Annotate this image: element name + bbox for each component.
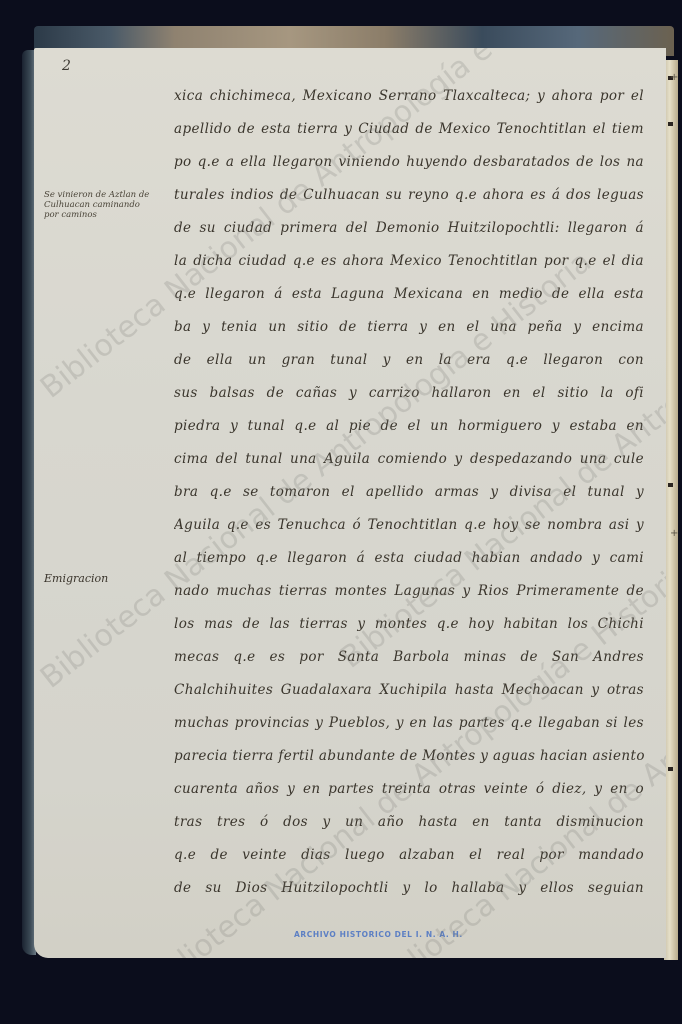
text-line: q.e llegaron á esta Laguna Mexicana en m… <box>174 286 644 302</box>
edge-mark <box>668 122 673 126</box>
text-line: al tiempo q.e llegaron á esta ciudad hab… <box>174 550 644 566</box>
text-line: po q.e a ella llegaron viniendo huyendo … <box>174 154 644 170</box>
margin-note: Se vinieron de Aztlan de Culhuacan camin… <box>44 190 154 220</box>
text-line: la dicha ciudad q.e es ahora Mexico Teno… <box>174 253 644 269</box>
text-line: sus balsas de cañas y carrizo hallaron e… <box>174 385 644 401</box>
text-line: piedra y tunal q.e al pie de el un hormi… <box>174 418 644 434</box>
text-line: de su Dios Huitzilopochtli y lo hallaba … <box>174 880 644 896</box>
page-right-edge <box>664 60 678 960</box>
margin-note: Emigracion <box>44 574 154 584</box>
text-line: ba y tenia un sitio de tierra y en el un… <box>174 319 644 335</box>
edge-mark <box>668 767 673 771</box>
text-line: cima del tunal una Aguila comiendo y des… <box>174 451 644 467</box>
edge-plus-mark: + <box>670 72 678 83</box>
text-line: cuarenta años y en partes treinta otras … <box>174 781 644 797</box>
edge-plus-mark: + <box>670 528 678 539</box>
text-line: q.e de veinte dias luego alzaban el real… <box>174 847 644 863</box>
text-line: turales indios de Culhuacan su reyno q.e… <box>174 187 644 203</box>
text-line: Aguila q.e es Tenuchca ó Tenochtitlan q.… <box>174 517 644 533</box>
page-number: 2 <box>62 58 71 74</box>
text-line: los mas de las tierras y montes q.e hoy … <box>174 616 644 632</box>
text-line: de ella un gran tunal y en la era q.e ll… <box>174 352 644 368</box>
text-line: mecas q.e es por Santa Barbola minas de … <box>174 649 644 665</box>
manuscript-page: 2 Se vinieron de Aztlan de Culhuacan cam… <box>34 48 666 958</box>
text-line: de su ciudad primera del Demonio Huitzil… <box>174 220 644 236</box>
text-line: apellido de esta tierra y Ciudad de Mexi… <box>174 121 644 137</box>
text-line: Chalchihuites Guadalaxara Xuchipila hast… <box>174 682 644 698</box>
edge-mark <box>668 483 673 487</box>
text-line: xica chichimeca, Mexicano Serrano Tlaxca… <box>174 88 644 104</box>
text-line: tras tres ó dos y un año hasta en tanta … <box>174 814 644 830</box>
archive-stamp: ARCHIVO HISTORICO DEL I. N. A. H. <box>294 930 463 939</box>
text-line: bra q.e se tomaron el apellido armas y d… <box>174 484 644 500</box>
text-line: muchas provincias y Pueblos, y en las pa… <box>174 715 644 731</box>
text-line: parecia tierra fertil abundante de Monte… <box>174 748 644 764</box>
text-line: nado muchas tierras montes Lagunas y Rio… <box>174 583 644 599</box>
